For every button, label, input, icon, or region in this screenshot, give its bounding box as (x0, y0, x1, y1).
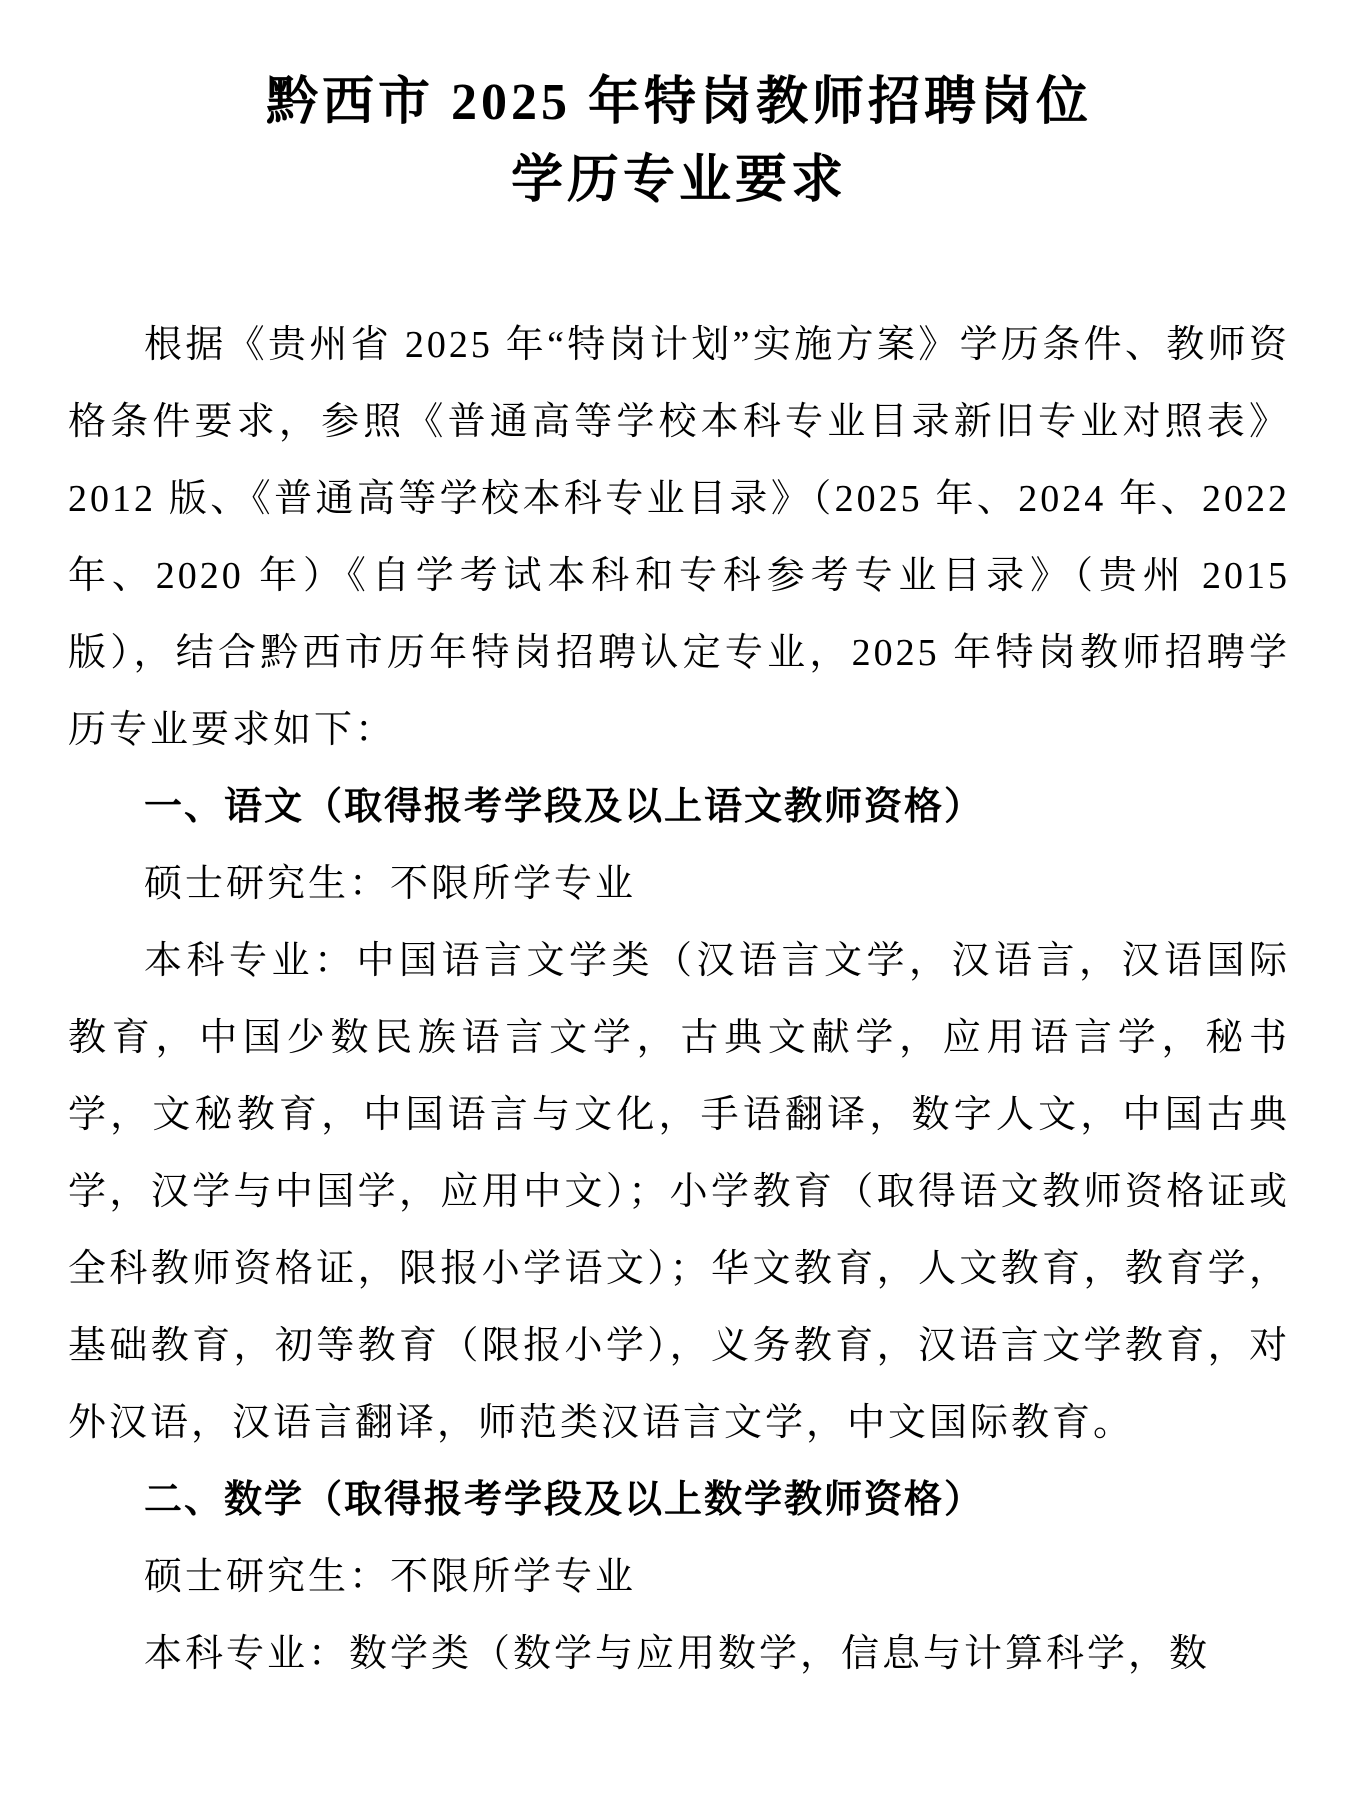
document-page: 黔西市 2025 年特岗教师招聘岗位 学历专业要求 根据《贵州省 2025 年“… (0, 0, 1357, 1812)
section-heading-math: 二、数学（取得报考学段及以上数学教师资格） (68, 1462, 1290, 1539)
document-body: 根据《贵州省 2025 年“特岗计划”实施方案》学历条件、教师资格条件要求，参照… (68, 307, 1290, 1693)
bachelor-requirement-math: 本科专业：数学类（数学与应用数学，信息与计算科学，数 (68, 1616, 1290, 1693)
document-title: 黔西市 2025 年特岗教师招聘岗位 学历专业要求 (68, 64, 1290, 220)
master-requirement-chinese: 硕士研究生：不限所学专业 (68, 846, 1290, 923)
master-requirement-math: 硕士研究生：不限所学专业 (68, 1539, 1290, 1616)
title-line-2: 学历专业要求 (68, 142, 1290, 220)
title-line-1: 黔西市 2025 年特岗教师招聘岗位 (68, 64, 1290, 142)
intro-paragraph: 根据《贵州省 2025 年“特岗计划”实施方案》学历条件、教师资格条件要求，参照… (68, 307, 1290, 769)
section-heading-chinese: 一、语文（取得报考学段及以上语文教师资格） (68, 769, 1290, 846)
bachelor-requirement-chinese: 本科专业：中国语言文学类（汉语言文学，汉语言，汉语国际教育，中国少数民族语言文学… (68, 923, 1290, 1462)
